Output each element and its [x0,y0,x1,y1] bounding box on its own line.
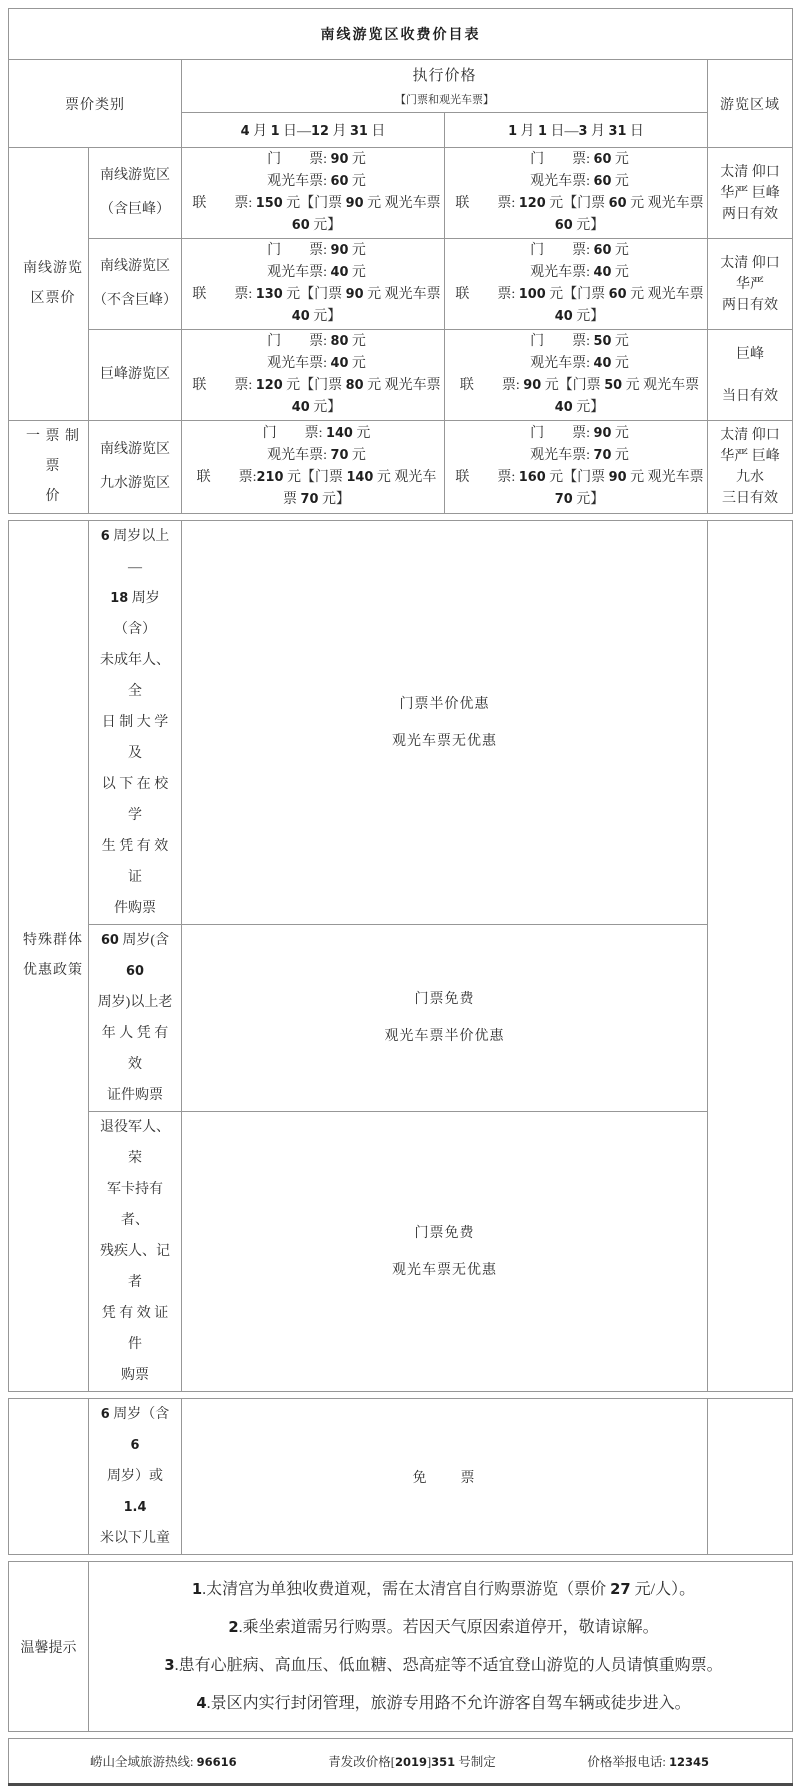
discount-policy: 门票免费 观光车票无优惠 [182,1112,708,1392]
free-policy: 免 票 [182,1399,708,1555]
price-low: 门 票: 50 元观光车票: 40 元联 票: 90 元【门票 50 元 观光车… [445,330,708,421]
discount-who: 6 周岁以上—18 周岁（含）未成年人、全日 制 大 学 及以 下 在 校 学生… [89,521,182,925]
footer-table: 崂山全域旅游热线: 96616 青发改价格[2019]351 号制定 价格举报电… [8,1738,793,1786]
group-label-discounts: 特殊群体 优惠政策 [9,521,89,1392]
footer-basis: 青发改价格[2019]351 号制定 [328,1752,496,1770]
row-name: 巨峰游览区 [89,330,182,421]
price-low: 门 票: 90 元观光车票: 70 元联 票: 160 元【门票 90 元 观光… [445,421,708,514]
row-name: 南线游览区 （不含巨峰） [89,239,182,330]
header-price-title: 执行价格 [183,66,706,86]
header-period-high: 4 月 1 日—12 月 31 日 [182,113,445,148]
price-high: 门 票: 140 元观光车票: 70 元联 票:210 元【门票 140 元 观… [182,421,445,514]
area-cell: 巨峰 当日有效 [708,330,793,421]
price-sheet-page: 南线游览区收费价目表 票价类别 执行价格 【门票和观光车票】 游览区域 4 月 … [8,0,792,1786]
area-cell: 太清 仰口 华严 巨峰 九水 三日有效 [708,421,793,514]
page-title: 南线游览区收费价目表 [9,9,793,60]
tips-label: 温馨提示 [9,1562,89,1732]
area-cell: 太清 仰口 华严 巨峰 两日有效 [708,148,793,239]
free-area-empty [708,1399,793,1555]
row-name: 南线游览区 （含巨峰） [89,148,182,239]
header-period-low: 1 月 1 日—3 月 31 日 [445,113,708,148]
discount-table: 特殊群体 优惠政策 6 周岁以上—18 周岁（含）未成年人、全日 制 大 学 及… [8,520,793,1392]
free-who: 6 周岁（含 6周岁）或 1.4米以下儿童 [89,1399,182,1555]
header-price-note: 【门票和观光车票】 [183,91,706,107]
free-ticket-table: 6 周岁（含 6周岁）或 1.4米以下儿童 免 票 [8,1398,793,1555]
discount-who: 退役军人、荣军卡持有者、残疾人、记者凭 有 效 证 件购票 [89,1112,182,1392]
footer-bar: 崂山全域旅游热线: 96616 青发改价格[2019]351 号制定 价格举报电… [9,1739,793,1785]
discount-policy: 门票免费 观光车票半价优惠 [182,925,708,1112]
group-label-onetickets: 一 票 制 票 价 [9,421,89,514]
tips-table: 温馨提示 1.太清宫为单独收费道观，需在太清宫自行购票游览（票价 27 元/人）… [8,1561,793,1732]
price-high: 门 票: 90 元观光车票: 60 元联 票: 150 元【门票 90 元 观光… [182,148,445,239]
price-low: 门 票: 60 元观光车票: 40 元联 票: 100 元【门票 60 元 观光… [445,239,708,330]
free-left-empty [9,1399,89,1555]
header-price-group: 执行价格 【门票和观光车票】 [182,60,708,113]
area-cell: 太清 仰口 华严 两日有效 [708,239,793,330]
footer-hotline: 崂山全域旅游热线: 96616 [90,1752,237,1770]
price-high: 门 票: 80 元观光车票: 40 元联 票: 120 元【门票 80 元 观光… [182,330,445,421]
header-category: 票价类别 [9,60,182,148]
price-high: 门 票: 90 元观光车票: 40 元联 票: 130 元【门票 90 元 观光… [182,239,445,330]
tips-body: 1.太清宫为单独收费道观，需在太清宫自行购票游览（票价 27 元/人）。2.乘坐… [89,1562,793,1732]
discount-policy: 门票半价优惠 观光车票无优惠 [182,521,708,925]
tips-lines: 1.太清宫为单独收费道观，需在太清宫自行购票游览（票价 27 元/人）。2.乘坐… [90,1571,791,1723]
group-label-southline: 南线游览 区票价 [9,148,89,421]
main-pricing-table: 南线游览区收费价目表 票价类别 执行价格 【门票和观光车票】 游览区域 4 月 … [8,8,793,514]
footer-content: 崂山全域旅游热线: 96616 青发改价格[2019]351 号制定 价格举报电… [10,1752,791,1770]
price-low: 门 票: 60 元观光车票: 60 元联 票: 120 元【门票 60 元 观光… [445,148,708,239]
row-name: 南线游览区 九水游览区 [89,421,182,514]
discount-area-empty [708,521,793,1392]
discount-who: 60 周岁(含 60周岁)以上老年 人 凭 有 效证件购票 [89,925,182,1112]
header-area: 游览区域 [708,60,793,148]
footer-report-phone: 价格举报电话: 12345 [587,1752,709,1770]
